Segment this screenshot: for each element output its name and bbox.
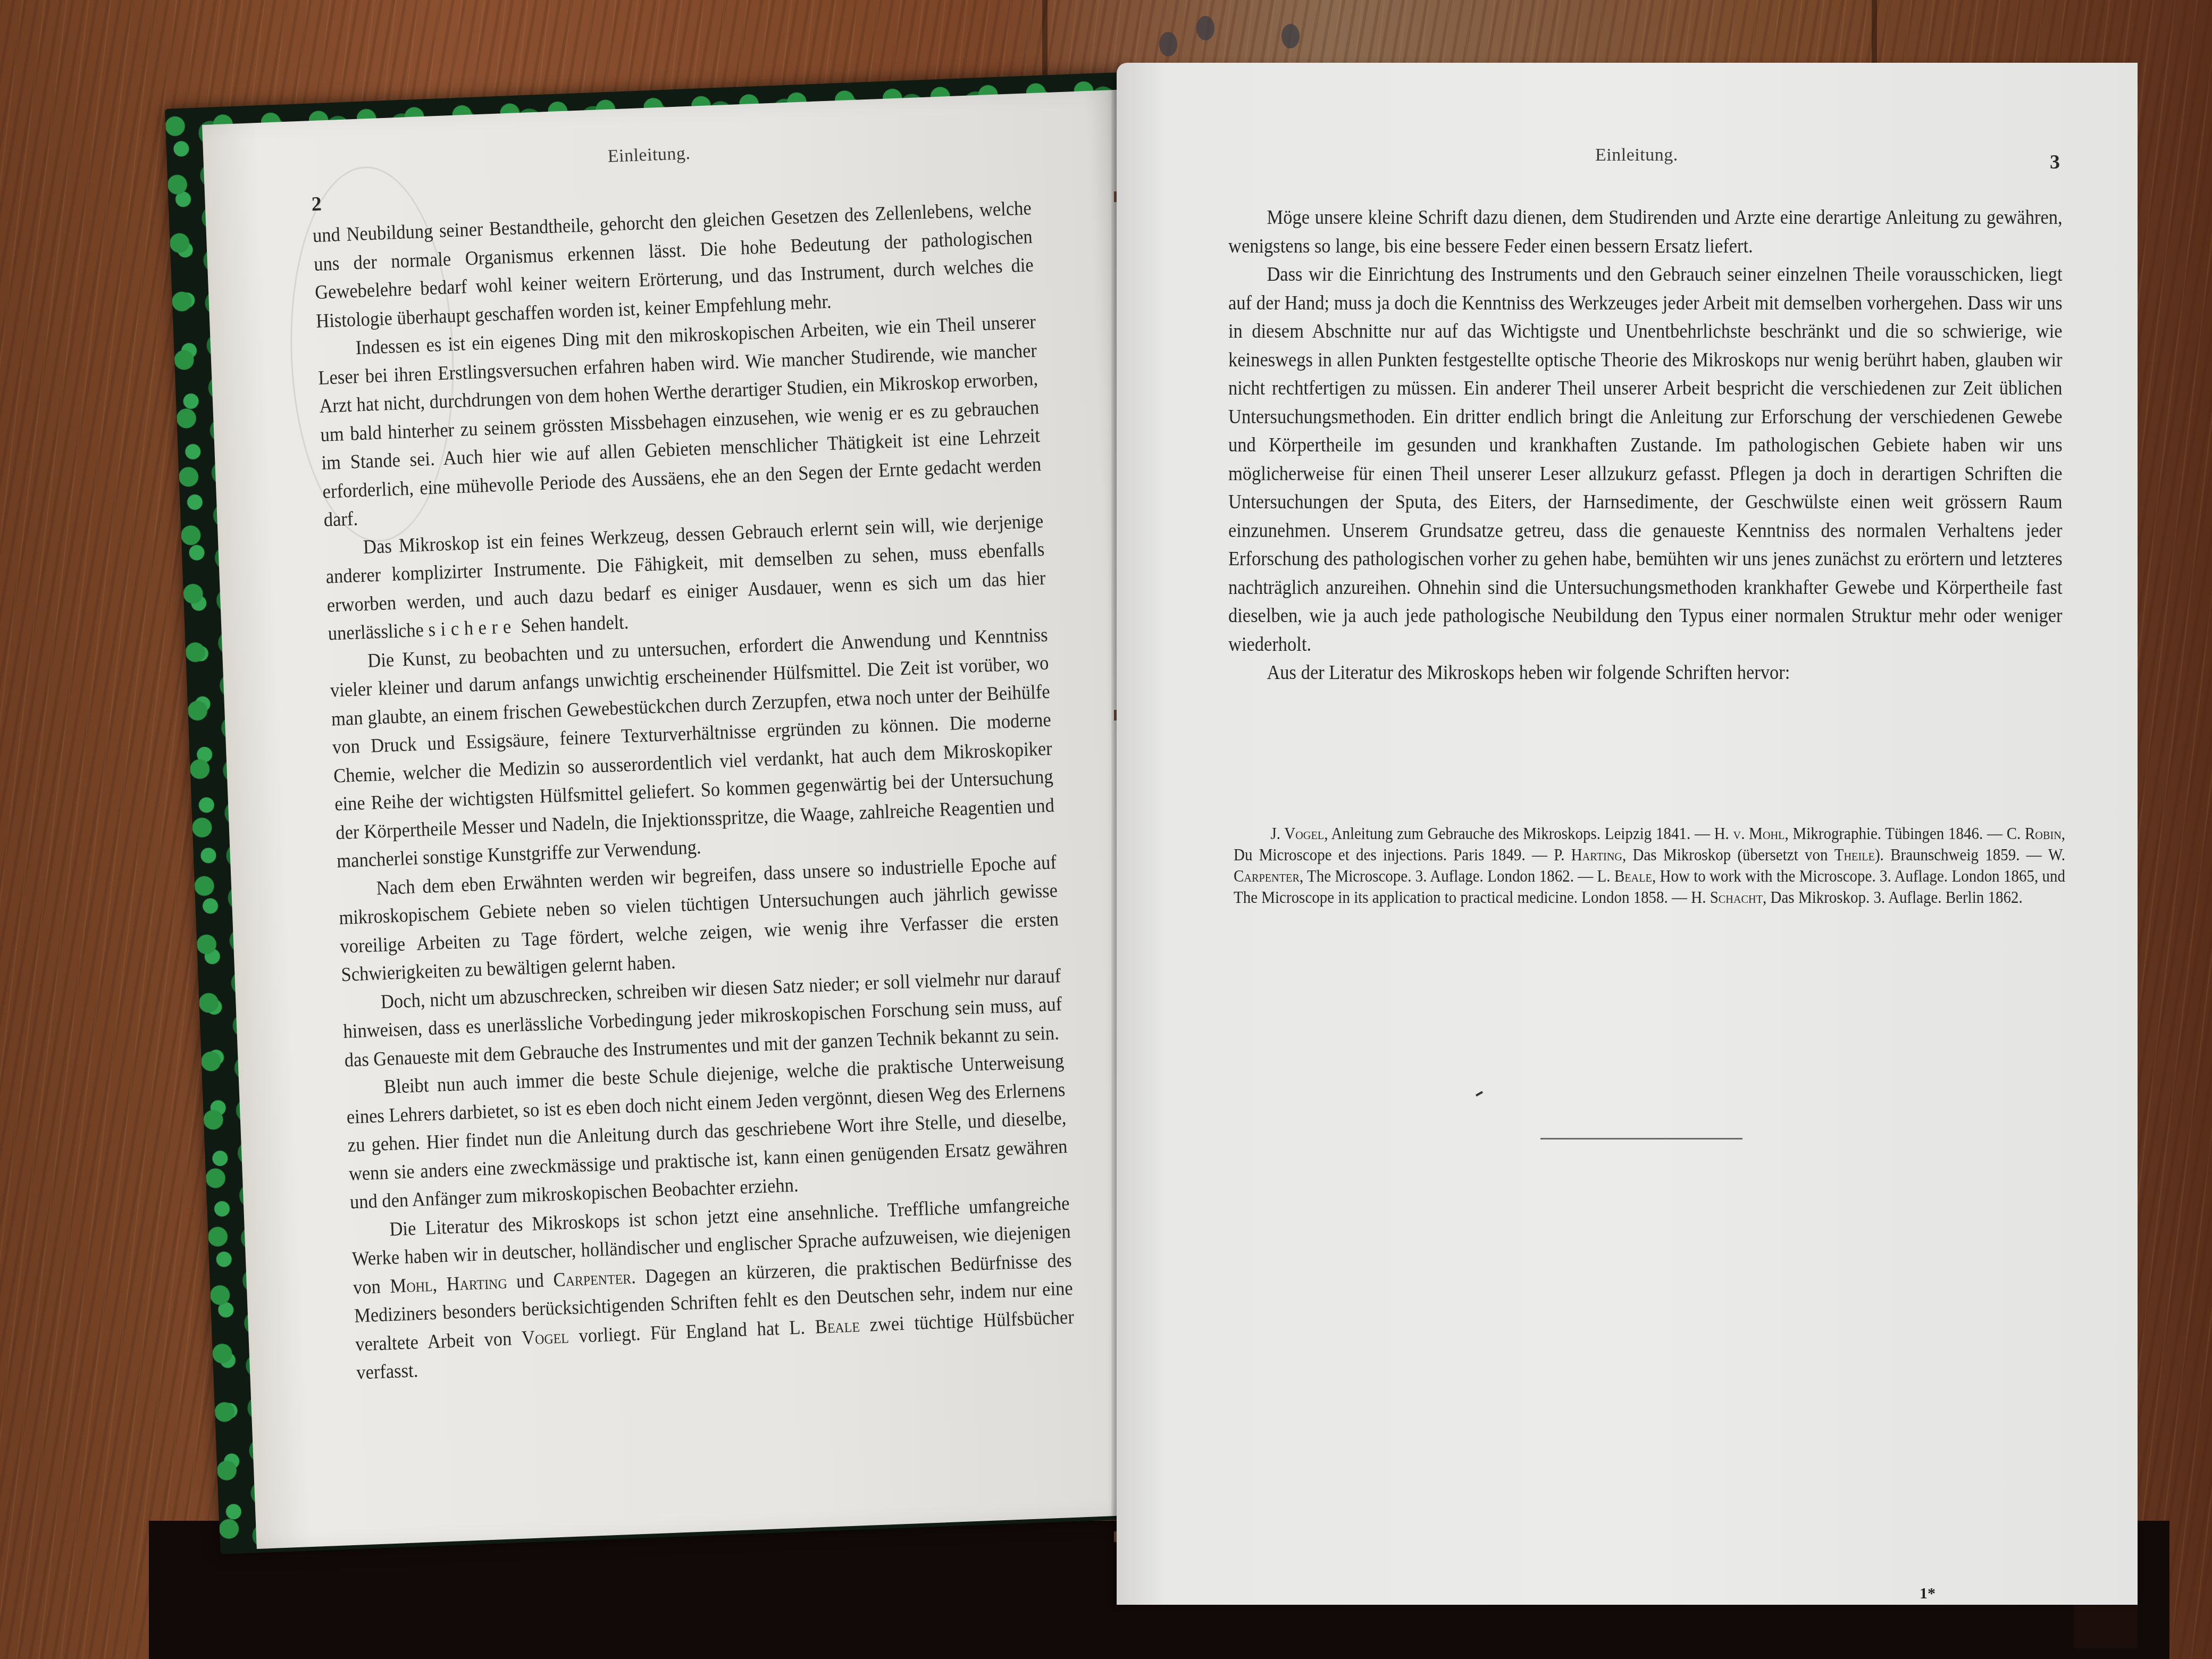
wood-knot <box>1159 32 1177 56</box>
ref-author: L. Beale <box>1597 867 1652 885</box>
running-head: Einleitung. <box>607 144 691 167</box>
emphasized-word: sichere <box>428 616 517 641</box>
page-number: 2 <box>311 192 322 216</box>
left-page: Einleitung. 2 und Neubildung seiner Best… <box>202 90 1176 1549</box>
author-name: Mohl <box>390 1273 433 1297</box>
ref-author: H. Schacht <box>1691 888 1763 907</box>
references-list: J. Vogel, Anleitung zum Gebrauche des Mi… <box>1234 823 2065 908</box>
reference-entries: J. Vogel, Anleitung zum Gebrauche des Mi… <box>1234 823 2065 908</box>
ref-author: J. Vogel <box>1271 824 1325 843</box>
running-head: Einleitung. <box>1595 145 1678 165</box>
left-page-body: und Neubildung seiner Bestandtheile, geh… <box>312 194 1076 1387</box>
right-page: Einleitung. 3 Möge unsere kleine Schrift… <box>1117 63 2138 1605</box>
signature-mark: 1* <box>1920 1585 1935 1603</box>
ref-author: P. Harting <box>1554 845 1622 864</box>
page-number: 3 <box>2050 150 2060 174</box>
paragraph: Indessen es ist ein eigenes Ding mit den… <box>316 308 1043 534</box>
right-page-body: Möge unsere kleine Schrift dazu dienen, … <box>1228 204 2063 688</box>
paragraph: Die Kunst, zu beobachten und zu untersuc… <box>329 621 1056 876</box>
wood-knot <box>1281 24 1300 48</box>
author-name: Carpenter <box>553 1266 632 1291</box>
author-name: Harting <box>446 1271 507 1295</box>
paragraph: Dass wir die Einrichtung des Instruments… <box>1228 261 2063 659</box>
ref-author: Theile <box>1834 845 1875 864</box>
paragraph: Bleibt nun auch immer die beste Schule d… <box>345 1047 1069 1217</box>
author-name: Vogel <box>521 1326 569 1349</box>
author-name: Beale <box>815 1314 860 1338</box>
wood-knot <box>1196 16 1214 40</box>
paragraph: Möge unsere kleine Schrift dazu dienen, … <box>1228 204 2063 261</box>
paragraph: Die Literatur des Mikroskops ist schon j… <box>350 1189 1076 1387</box>
ref-author: H. v. Mohl <box>1714 824 1785 843</box>
ref-author: C. Robin <box>2007 824 2062 843</box>
section-end-rule <box>1540 1138 1742 1139</box>
paragraph: Aus der Literatur des Mikroskops heben w… <box>1228 659 2063 688</box>
